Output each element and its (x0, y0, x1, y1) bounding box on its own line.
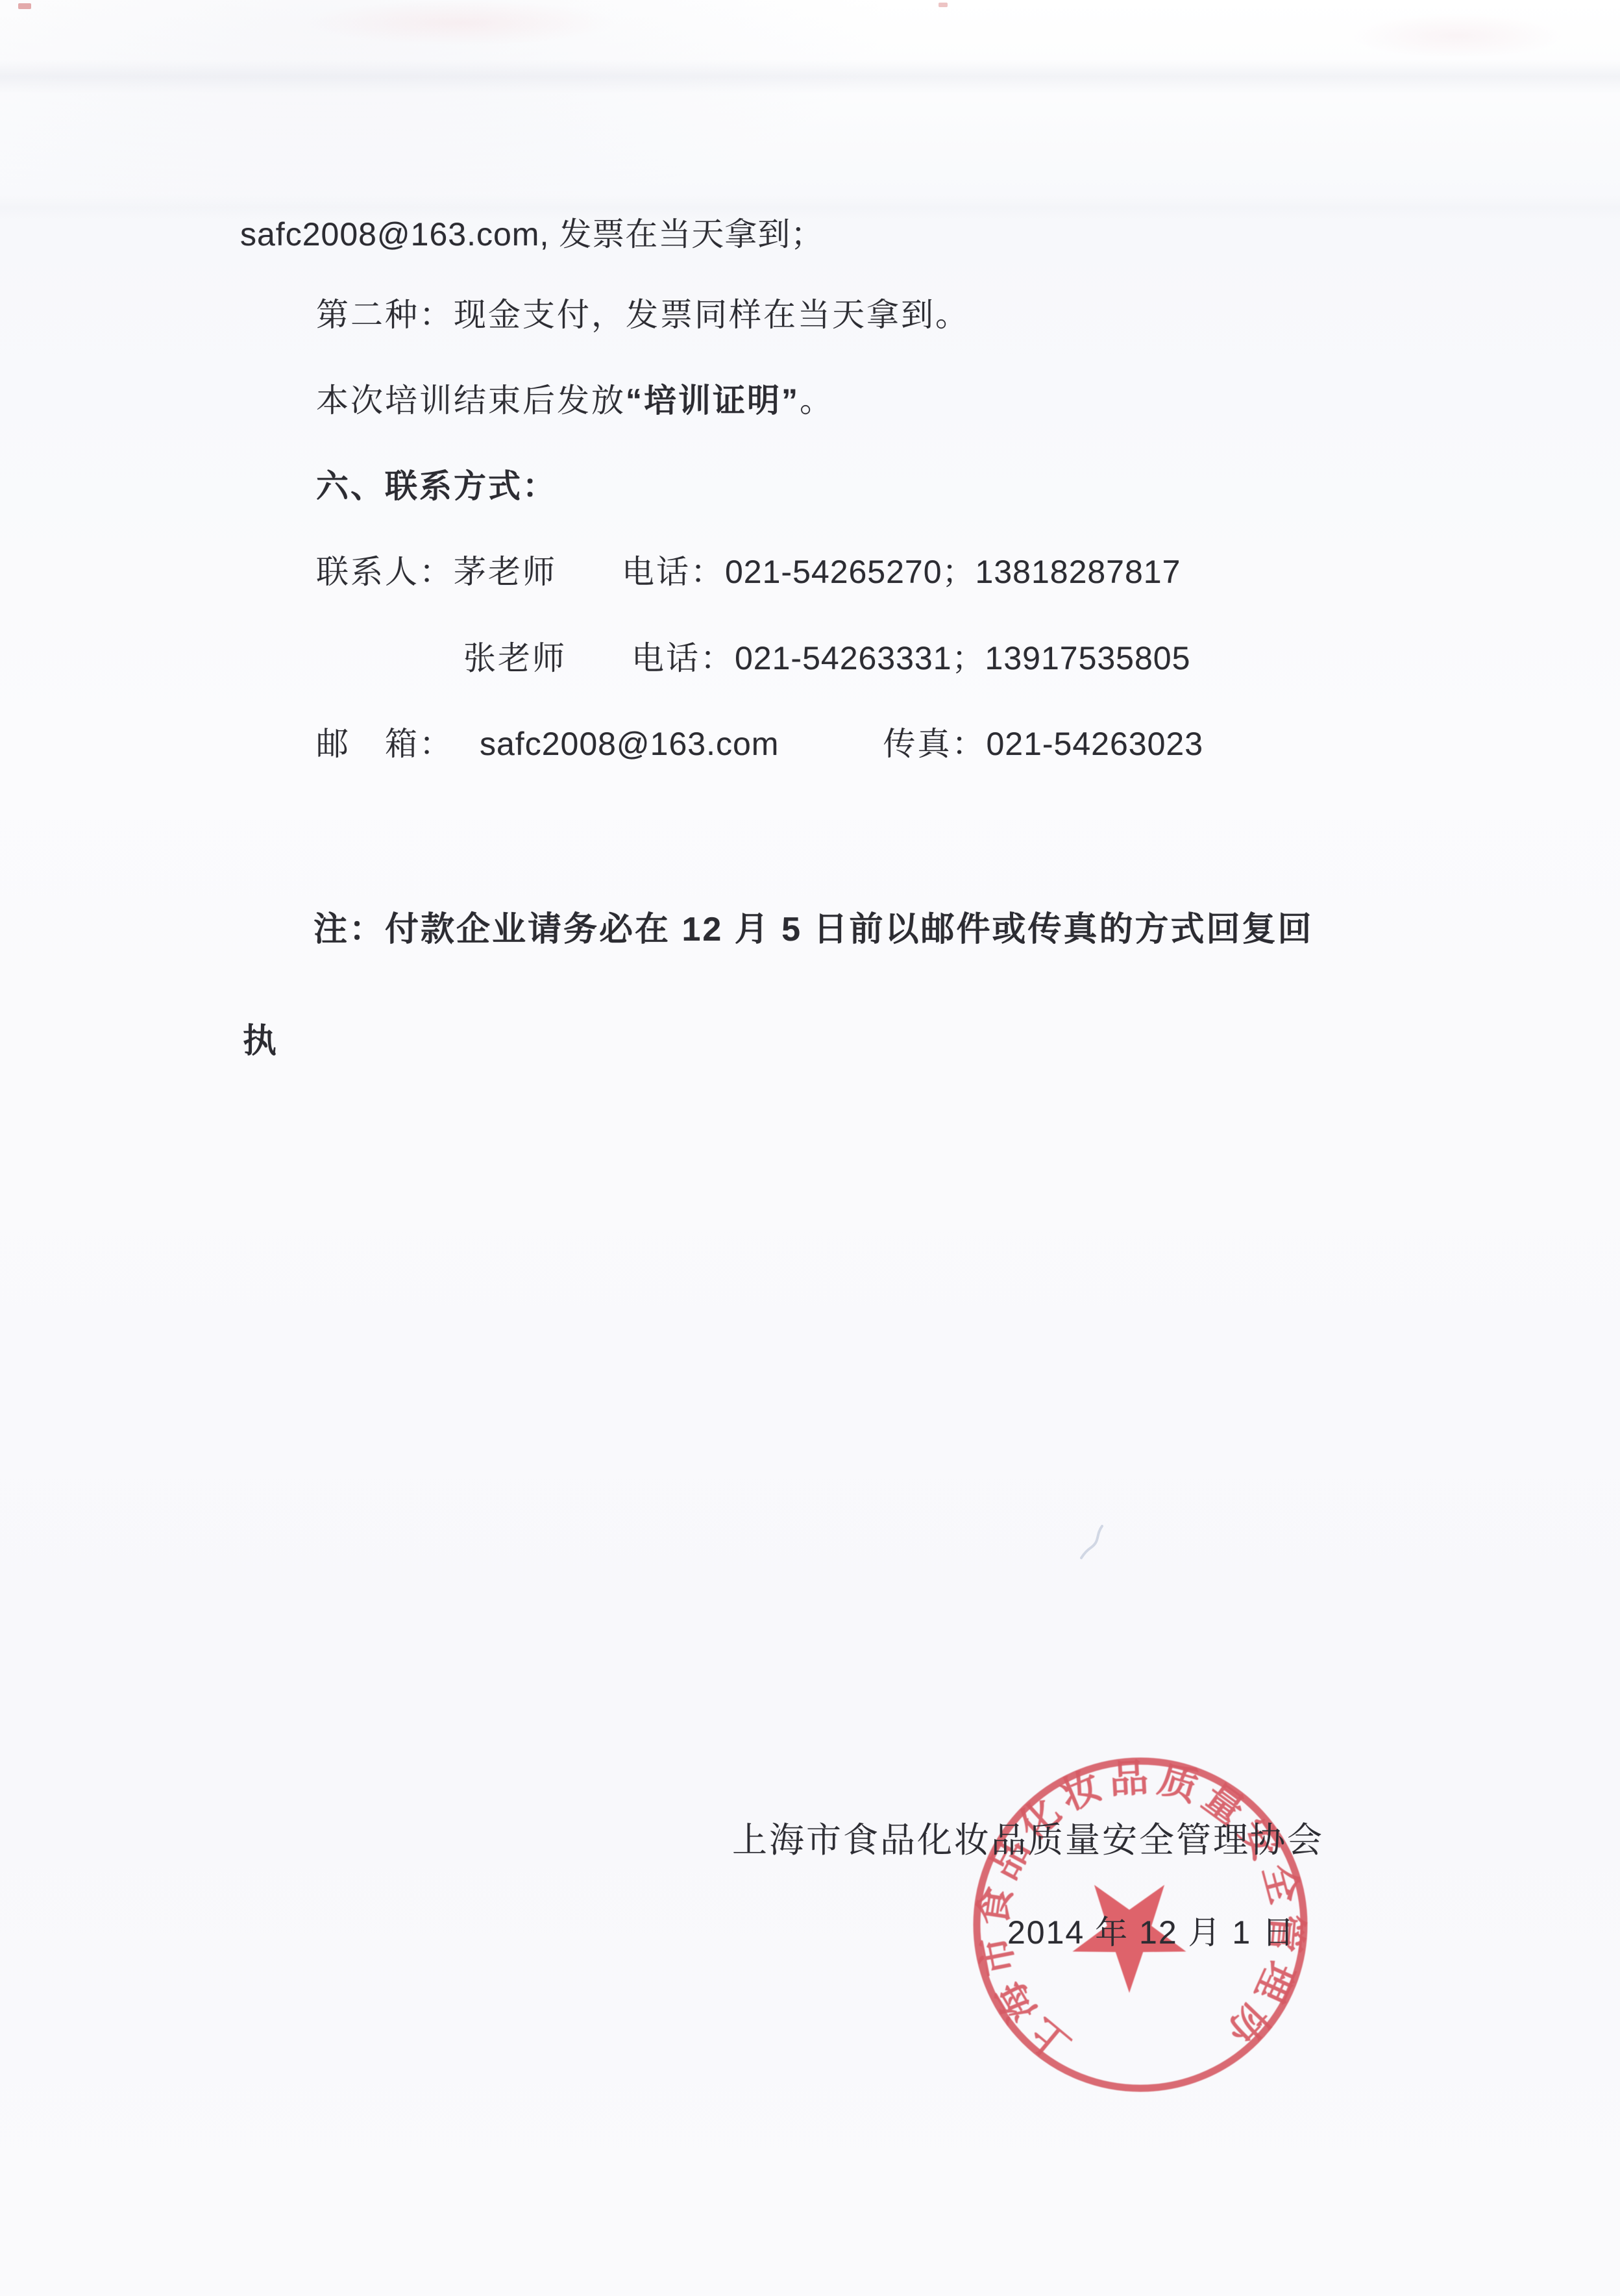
mail-label: 邮 箱： (316, 726, 454, 762)
closing-organization: 上海市食品化妆品质量安全管理协会 (732, 1823, 1324, 1858)
certificate-post: 。 (800, 382, 834, 419)
body-line-payment-option-2: 第二种：现金支付，发票同样在当天拿到。 (316, 299, 970, 331)
body-line-email-invoice: safc2008@163.com, 发票在当天拿到； (240, 218, 824, 251)
certificate-emphasis: “培训证明” (626, 382, 800, 419)
body-line-certificate: 本次培训结束后发放“培训证明”。 (316, 384, 834, 417)
closing-date: 2014 年 12 月 1 日 (1007, 1916, 1295, 1949)
scan-speck (939, 3, 948, 7)
note-line-1: 注：付款企业请务必在 12 月 5 日前以邮件或传真的方式回复回 (313, 913, 1314, 946)
scan-shading-band (0, 60, 1620, 93)
contact-2-name: 张老师 (463, 640, 567, 676)
contact-person-label: 联系人： (316, 554, 454, 590)
contact-row-1: 联系人：茅老师电话：021-54265270；13818287817 (316, 556, 1181, 588)
scan-smudge (1350, 13, 1564, 58)
pencil-mark (1080, 1524, 1106, 1561)
scan-smudge (305, 0, 617, 45)
contact-1-tel-label: 电话： (622, 554, 725, 590)
certificate-pre: 本次培训结束后发放 (316, 382, 626, 419)
fax-label: 传真： (883, 726, 986, 762)
contact-1-name: 茅老师 (454, 554, 557, 590)
fax-number: 021-54263023 (986, 726, 1203, 762)
contact-row-mail-fax: 邮 箱：safc2008@163.com传真：021-54263023 (316, 728, 1203, 760)
note-line-2: 执 (243, 1024, 278, 1058)
contact-row-2: 张老师电话：021-54263331；13917535805 (463, 642, 1190, 674)
scan-speck (18, 3, 31, 9)
contact-1-tel: 021-54265270；13818287817 (725, 554, 1181, 590)
section-heading-contact: 六、联系方式： (316, 470, 557, 502)
scanned-document-page: safc2008@163.com, 发票在当天拿到； 第二种：现金支付，发票同样… (0, 0, 1620, 2296)
mail-address: safc2008@163.com (480, 726, 779, 762)
contact-2-tel: 021-54263331；13917535805 (735, 640, 1190, 676)
contact-2-tel-label: 电话： (632, 640, 735, 676)
